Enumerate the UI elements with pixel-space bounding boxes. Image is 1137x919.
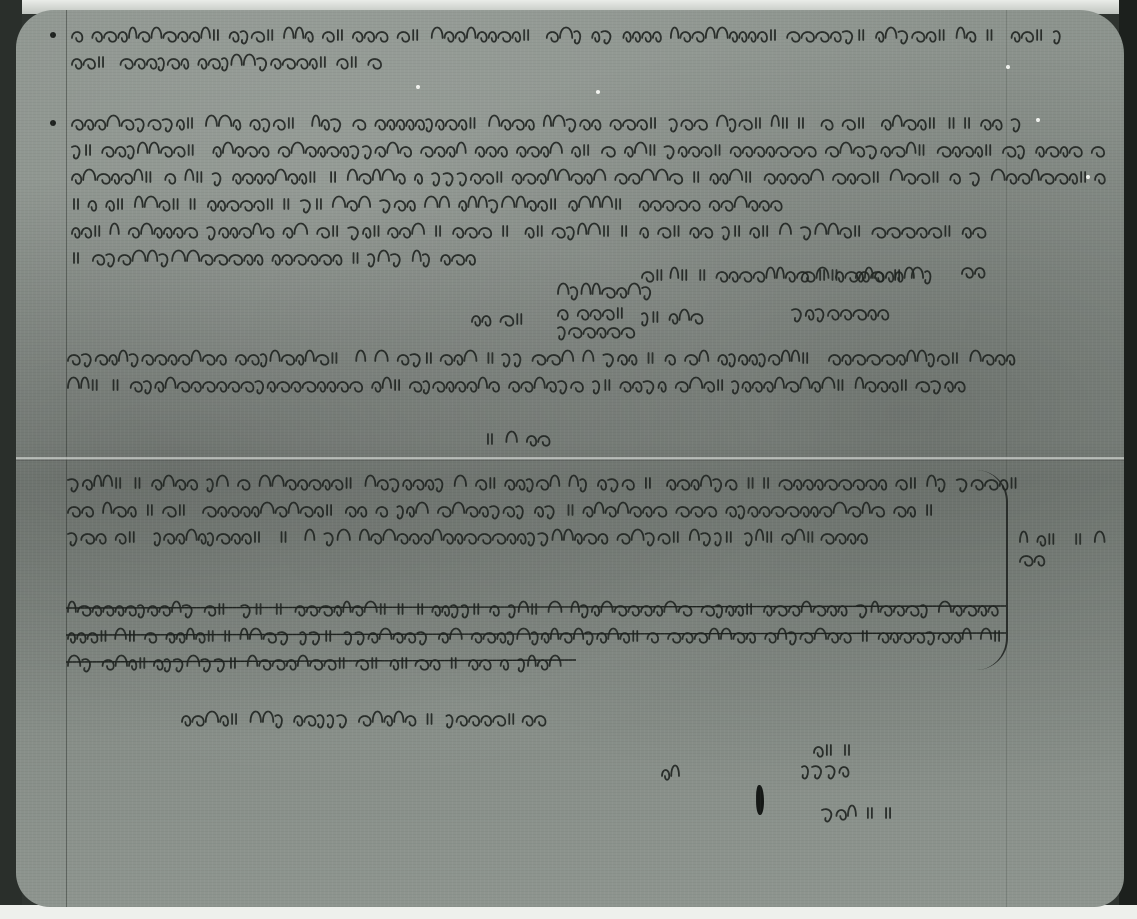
script-stroke-icon (800, 262, 940, 288)
para-2-line: ဘဆော်ပိုင် ကော် မြွေ ဘိုး ပိုင် ရှိ တွေ … (70, 218, 990, 244)
para-4-line: ဦး တော့ ဆာမြွ ဒ ပေါ် ဒေါ် ။ လို ဘာ ။ ဆော… (66, 497, 946, 523)
script-stroke-icon (790, 300, 890, 326)
paper-speck (1006, 65, 1010, 69)
signatures-block-line: ဆော ဘြီ (640, 304, 710, 330)
para-1-line: ကာနံပေါ်ငြိမ်းရှောင်ကြွေ ဦးတော့ ဆာမြွ ပါ… (70, 22, 1070, 48)
script-stroke-icon (66, 497, 946, 523)
para-2-line: ဉ်ကံ ရှေ့ကံ မျှော် ဓိုး ။ ။ ဆော ဘြိ ရှေ့… (70, 164, 1110, 190)
script-stroke-icon (470, 306, 535, 332)
script-stroke-icon (70, 164, 1110, 190)
script-stroke-icon (70, 49, 380, 75)
script-stroke-icon (66, 372, 966, 398)
script-stroke-icon (640, 304, 710, 330)
script-stroke-icon (66, 524, 876, 550)
paper-speck (416, 85, 420, 89)
para-2-line: ဦး တော့ ဆာမြွ ဒိုး ဘ ပေါ် ဒေါ် ။ ။ မြွေပ… (70, 137, 1100, 163)
script-stroke-icon (800, 757, 855, 783)
script-stroke-icon (1018, 546, 1052, 572)
signatures-block-line: ၁၀၀ ဘိုး ၁၀ (556, 318, 631, 344)
script-stroke-icon (70, 110, 1030, 136)
paper-speck (1036, 118, 1040, 122)
script-stroke-icon (66, 623, 1006, 649)
script-stroke-icon (660, 760, 685, 786)
para-2-line: ဦ ဘာ ။ ။ ဆောဘြီး ရှေ့ကံ မျှော် ဇုံ ။ ။ ။… (70, 191, 790, 217)
paragraph-bullet-dot (50, 32, 56, 38)
manuscript-sheet: ကာနံပေါ်ငြိမ်းရှောင်ကြွေ ဦးတော့ ဆာမြွ ပါ… (16, 10, 1124, 907)
signatures-block-line: ပိုး ဆော (790, 300, 890, 326)
para-1-line: ရှေ့ကံ မျှော်ရုံ ဘဥ္ဘ ။ ။ ကဲမြို ကြီး ဆေ… (70, 49, 380, 75)
para-5-struck-line: ဆော ဘိုး ပေါ် ကြိုး ဘာ ဘ ကြွ ရောင် ။ ဘ ၃… (66, 596, 1006, 622)
para-4-line: ဘ ဥ ဘ ဆော ။ ကြွ ဥ ဥ ပို ကြွ ဘို ဥ ဆော ဘ … (66, 524, 876, 550)
script-stroke-icon (960, 258, 990, 284)
script-stroke-icon (70, 218, 990, 244)
signatures-block-line: ပိုး ကံ ဗီ (470, 306, 535, 332)
script-stroke-icon (70, 191, 790, 217)
para-3-line: ဆော ဘိုး ပေါ် လို မ ကြွ ရောင် ။ ကြွင်း ရ… (66, 345, 1026, 371)
paper-fold-line (16, 456, 1124, 461)
script-stroke-icon (556, 318, 631, 344)
para-5-struck-line: ဒိုး ဘ ဥ ကံ ဘ ဥ ။ တ ဥ ဥ ဆော ဘဥ္ဘ၀ ။ ဘရုံ… (66, 650, 576, 676)
script-stroke-icon (70, 22, 1070, 48)
script-stroke-icon (66, 650, 576, 676)
center-mark-line: ၃၇ ပိုး (484, 426, 554, 452)
script-stroke-icon (70, 245, 480, 271)
para-2-line: ဒီ ဘ ရုံ ကံ ။ ရှေ့ကံ မျှော် ဇုံ ဘဥ္ဘ၀ ။ … (70, 245, 480, 271)
margin-note-line: ထား (1018, 546, 1052, 572)
ink-blot (756, 785, 764, 815)
script-stroke-icon (820, 800, 900, 826)
script-stroke-icon (66, 596, 1006, 622)
para-2-line: ကာနံပေါ်ငြိမ်း ရှိုရုံ ရွှေ ဘုန်း ဘြား ဘ… (70, 110, 1030, 136)
pencil-numbers-line: ၅ (660, 760, 685, 786)
pencil-numbers-line: ၁၉၁၁ (800, 757, 855, 783)
para-5-struck-line: ကြီး ဆော ဆာမြွ ဒ ပေါ် ဒေါ် ။ မြွေ ပေါ် က… (66, 623, 1006, 649)
signatures-block-line: ဆွဲ ကံ ။ ကြွ (800, 262, 940, 288)
pencil-numbers-line: ၇၁၀ (820, 800, 900, 826)
photo-background-bottom (0, 905, 1137, 919)
para-3-line: ဆာမြွ ဒ ပေါ် ဒေါ် ။ လို ဘာ ။ ဆော ဒေါ် ပိ… (66, 372, 966, 398)
signatures-block-line: ဒ ။ (960, 258, 990, 284)
script-stroke-icon (66, 470, 1026, 496)
signature-line: ဘော်ကြွ ပိုး ဒ ။ ဥ ဥ ၃ ဥ ၂ ပ မြွ ကံ (180, 706, 550, 732)
script-stroke-icon (484, 426, 554, 452)
paragraph-bullet-dot (50, 120, 56, 126)
paper-speck (596, 90, 600, 94)
script-stroke-icon (66, 345, 1026, 371)
script-stroke-icon (70, 137, 1100, 163)
script-stroke-icon (180, 706, 550, 732)
para-4-line: ဆော ဘိုး ပေါ် လို မ တွေ ရောင် ။ ကြွင်း ။… (66, 470, 1026, 496)
